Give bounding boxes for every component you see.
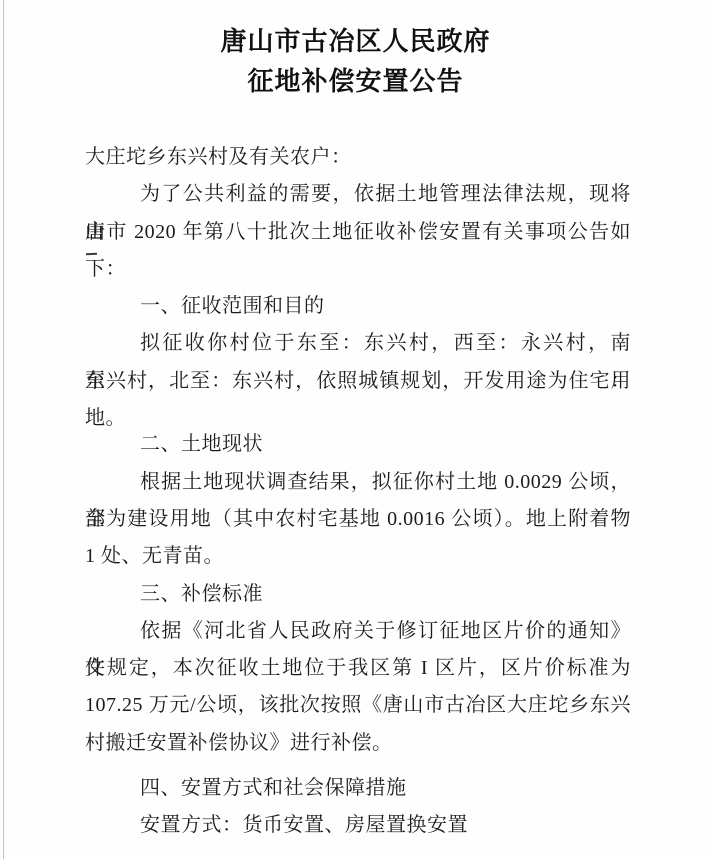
- document-line: 部为建设用地（其中农村宅基地 0.0016 公顷）。地上附着物: [85, 501, 631, 538]
- document-line: 二、土地现状: [85, 426, 631, 463]
- document-line: 一、征收范围和目的: [85, 288, 631, 325]
- document-line: 大庄坨乡东兴村及有关农户：: [85, 139, 631, 176]
- document-line: 安置方式：货币安置、房屋置换安置: [85, 807, 631, 844]
- document-line: 村搬迁安置补偿协议》进行补偿。: [85, 725, 631, 762]
- document-title-line-2: 征地补偿安置公告: [0, 62, 711, 102]
- document-body: 大庄坨乡东兴村及有关农户：为了公共利益的需要，依据土地管理法律法规，现将唐山市 …: [85, 139, 631, 845]
- document-line: 107.25 万元/公顷，该批次按照《唐山市古冶区大庄坨乡东兴: [85, 687, 631, 724]
- document-line: 三、补偿标准: [85, 576, 631, 613]
- document-line: 件规定，本次征收土地位于我区第 I 区片，区片价标准为: [85, 650, 631, 687]
- document-line: 依据《河北省人民政府关于修订征地区片价的通知》文: [85, 613, 631, 650]
- document-line: 拟征收你村位于东至：东兴村，西至：永兴村，南至：: [85, 325, 631, 362]
- document-line: 根据土地现状调查结果，拟征你村土地 0.0029 公顷，全: [85, 464, 631, 501]
- document-title-line-1: 唐山市古冶区人民政府: [0, 22, 711, 62]
- document-line: 为了公共利益的需要，依据土地管理法律法规，现将唐: [85, 176, 631, 213]
- document-line: 1 处、无青苗。: [85, 538, 631, 575]
- document-line: 四、安置方式和社会保障措施: [85, 770, 631, 807]
- document-page: 唐山市古冶区人民政府 征地补偿安置公告 大庄坨乡东兴村及有关农户：为了公共利益的…: [0, 0, 711, 859]
- scan-artifact-line: [3, 0, 4, 859]
- document-line: 山市 2020 年第八十批次土地征收补偿安置有关事项公告如: [85, 214, 631, 251]
- document-line: 东兴村，北至：东兴村，依照城镇规划，开发用途为住宅用: [85, 363, 631, 400]
- document-line: 下：: [85, 251, 631, 288]
- document-title: 唐山市古冶区人民政府 征地补偿安置公告: [0, 22, 711, 102]
